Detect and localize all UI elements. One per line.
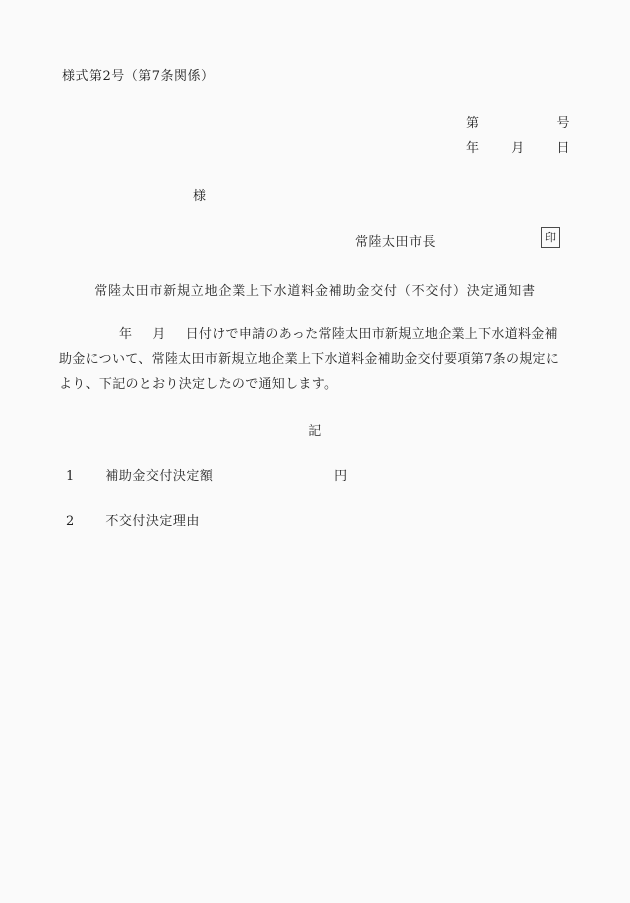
blank-month-field — [132, 337, 152, 338]
item-row-grant-amount: 1 補助金交付決定額 円 — [66, 465, 348, 484]
date-month-label: 月 — [511, 137, 525, 156]
item-number: 1 — [66, 469, 75, 484]
blank-day-field — [166, 337, 186, 338]
record-marker: 記 — [0, 420, 630, 439]
item-row-refusal-reason: 2 不交付決定理由 — [66, 510, 200, 529]
doc-number-suffix: 号 — [556, 112, 570, 131]
sender-title: 常陸太田市長 — [355, 231, 436, 250]
body-month-label: 月 — [152, 327, 165, 342]
document-page: 様式第2号（第7条関係） 第 号 年 月 日 様 常陸太田市長 印 常陸太田市新… — [0, 0, 630, 903]
date-day-label: 日 — [556, 137, 570, 156]
date-line: 年 月 日 — [466, 137, 570, 156]
doc-number-line: 第 号 — [466, 112, 570, 131]
body-year-label: 年 — [119, 327, 132, 342]
seal-mark: 印 — [541, 227, 560, 248]
document-title: 常陸太田市新規立地企業上下水道料金補助金交付（不交付）決定通知書 — [0, 280, 630, 299]
blank-year-field — [59, 337, 119, 338]
body-paragraph: 年月日付けで申請のあった常陸太田市新規立地企業上下水道料金補助金について、常陸太… — [59, 322, 565, 397]
form-number: 様式第2号（第7条関係） — [62, 65, 215, 84]
doc-number-prefix: 第 — [466, 112, 480, 131]
date-year-label: 年 — [466, 137, 480, 156]
item-label: 不交付決定理由 — [105, 514, 200, 529]
item-label: 補助金交付決定額 — [105, 469, 213, 484]
recipient-honorific: 様 — [193, 185, 207, 204]
item-unit: 円 — [334, 469, 348, 484]
item-number: 2 — [66, 514, 75, 529]
